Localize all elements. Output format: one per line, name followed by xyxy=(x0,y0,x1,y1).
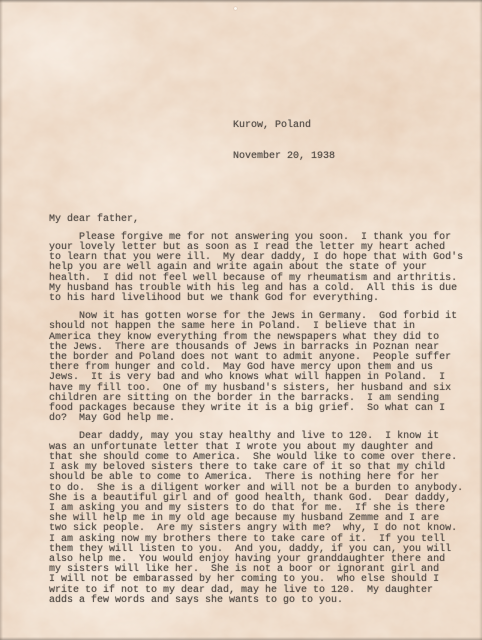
scanned-letter-page: Kurow, Poland November 20, 1938 My dear … xyxy=(0,0,482,640)
scan-edge-left xyxy=(0,0,3,640)
letter-paragraph-1: Please forgive me for not answering you … xyxy=(49,233,469,304)
dateline: Kurow, Poland November 20, 1938 xyxy=(233,101,469,183)
scan-speck xyxy=(234,7,237,10)
letter-body: Kurow, Poland November 20, 1938 My dear … xyxy=(49,101,469,606)
dateline-place: Kurow, Poland xyxy=(233,121,469,131)
letter-paragraph-2: Now it has gotten worse for the Jews in … xyxy=(49,312,469,424)
scan-edge-top xyxy=(0,0,482,3)
dateline-date: November 20, 1938 xyxy=(233,152,469,162)
letter-paragraph-3: Dear daddy, may you stay healthy and liv… xyxy=(49,432,469,605)
salutation: My dear father, xyxy=(49,215,469,225)
